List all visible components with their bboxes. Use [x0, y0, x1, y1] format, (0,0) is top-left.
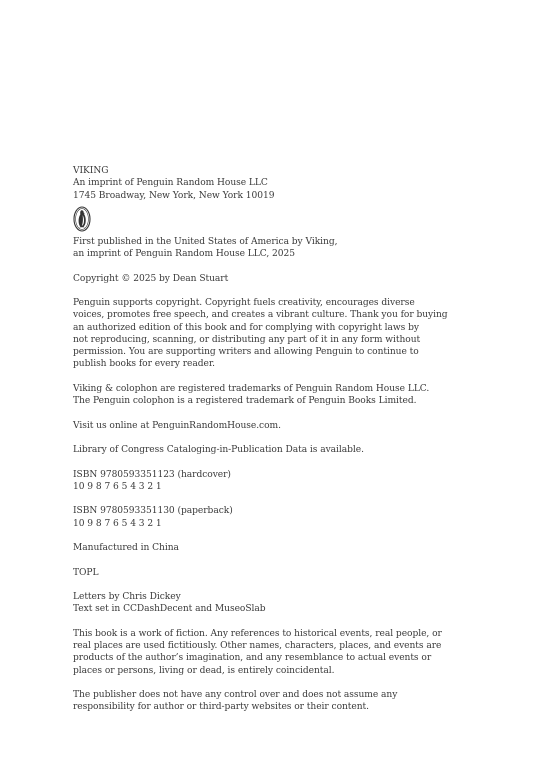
imprint-name: VIKING	[73, 165, 453, 177]
penguin-colophon-icon	[73, 206, 91, 232]
fiction-disclaimer: This book is a work of fiction. Any refe…	[73, 628, 453, 677]
trademark-notice: Viking & colophon are registered tradema…	[73, 383, 453, 408]
address: 1745 Broadway, New York, New York 10019	[73, 190, 453, 202]
cip-line: Library of Congress Cataloging-in-Public…	[73, 444, 453, 456]
copyright-page: VIKING An imprint of Penguin Random Hous…	[73, 165, 453, 726]
website-line: Visit us online at PenguinRandomHouse.co…	[73, 420, 453, 432]
printing-line: 10 9 8 7 6 5 4 3 2 1	[73, 518, 453, 530]
copyright-line: Copyright © 2025 by Dean Stuart	[73, 273, 453, 285]
copyright-notice: Penguin supports copyright. Copyright fu…	[73, 297, 453, 371]
production-code: TOPL	[73, 567, 453, 579]
publisher-address: VIKING An imprint of Penguin Random Hous…	[73, 165, 453, 202]
printing-line: 10 9 8 7 6 5 4 3 2 1	[73, 481, 453, 493]
publisher-disclaimer: The publisher does not have any control …	[73, 689, 453, 714]
isbn-paperback: ISBN 9780593351130 (paperback) 10 9 8 7 …	[73, 505, 453, 530]
first-published: First published in the United States of …	[73, 236, 453, 261]
imprint-of: An imprint of Penguin Random House LLC	[73, 177, 453, 189]
credits: Letters by Chris Dickey Text set in CCDa…	[73, 591, 453, 616]
isbn-hardcover: ISBN 9780593351123 (hardcover) 10 9 8 7 …	[73, 469, 453, 494]
manufactured-line: Manufactured in China	[73, 542, 453, 554]
